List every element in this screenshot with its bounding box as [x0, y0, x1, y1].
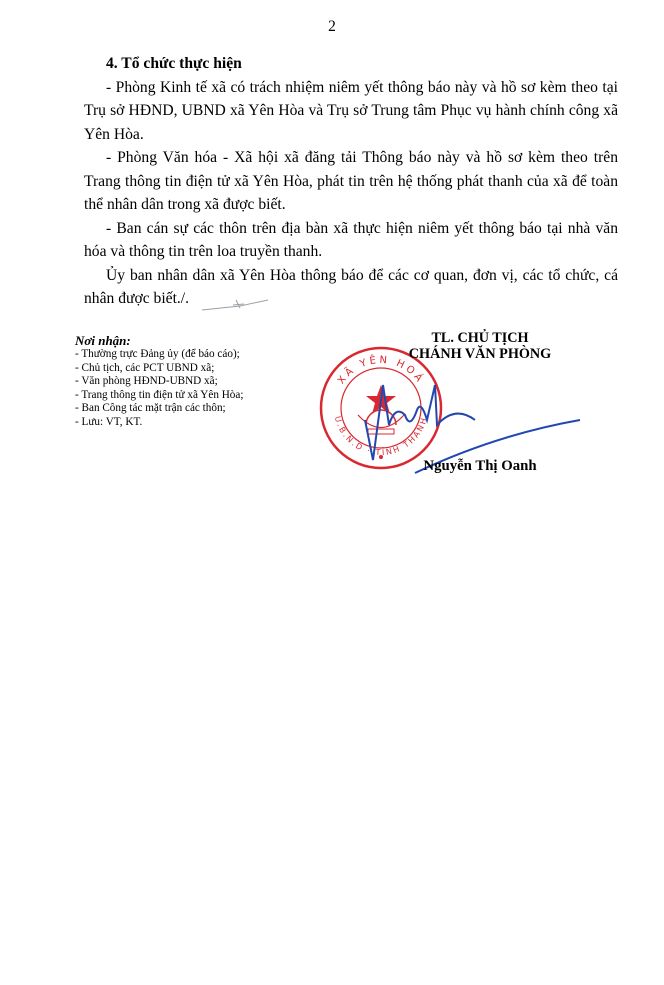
- page-number: 2: [0, 18, 664, 36]
- signature-line1: TL. CHỦ TỊCH: [380, 330, 580, 346]
- recipient-item: - Lưu: VT, KT.: [75, 416, 325, 430]
- paragraph: - Phòng Văn hóa - Xã hội xã đăng tải Thô…: [84, 146, 618, 217]
- recipients-title: Nơi nhận:: [75, 333, 325, 348]
- section-heading: 4. Tổ chức thực hiện: [84, 52, 618, 76]
- signer-name: Nguyễn Thị Oanh: [380, 458, 580, 475]
- recipient-item: - Văn phòng HĐND-UBND xã;: [75, 375, 325, 389]
- signature-line2: CHÁNH VĂN PHÒNG: [380, 346, 580, 362]
- paragraph: - Phòng Kinh tế xã có trách nhiệm niêm y…: [84, 76, 618, 147]
- recipients-list: Nơi nhận: - Thường trực Đảng ủy (để báo …: [75, 333, 325, 430]
- recipient-item: - Thường trực Đảng ủy (để báo cáo);: [75, 348, 325, 362]
- recipient-item: - Chủ tịch, các PCT UBND xã;: [75, 362, 325, 376]
- signature-title: TL. CHỦ TỊCH CHÁNH VĂN PHÒNG: [380, 330, 580, 362]
- recipient-item: - Ban Công tác mặt trận các thôn;: [75, 402, 325, 416]
- recipient-item: - Trang thông tin điện tử xã Yên Hòa;: [75, 389, 325, 403]
- document-body: 4. Tổ chức thực hiện - Phòng Kinh tế xã …: [84, 52, 618, 311]
- initial-mark-icon: [200, 298, 270, 312]
- paragraph: - Ban cán sự các thôn trên địa bàn xã th…: [84, 217, 618, 264]
- paragraph: Ủy ban nhân dân xã Yên Hòa thông báo để …: [84, 264, 618, 311]
